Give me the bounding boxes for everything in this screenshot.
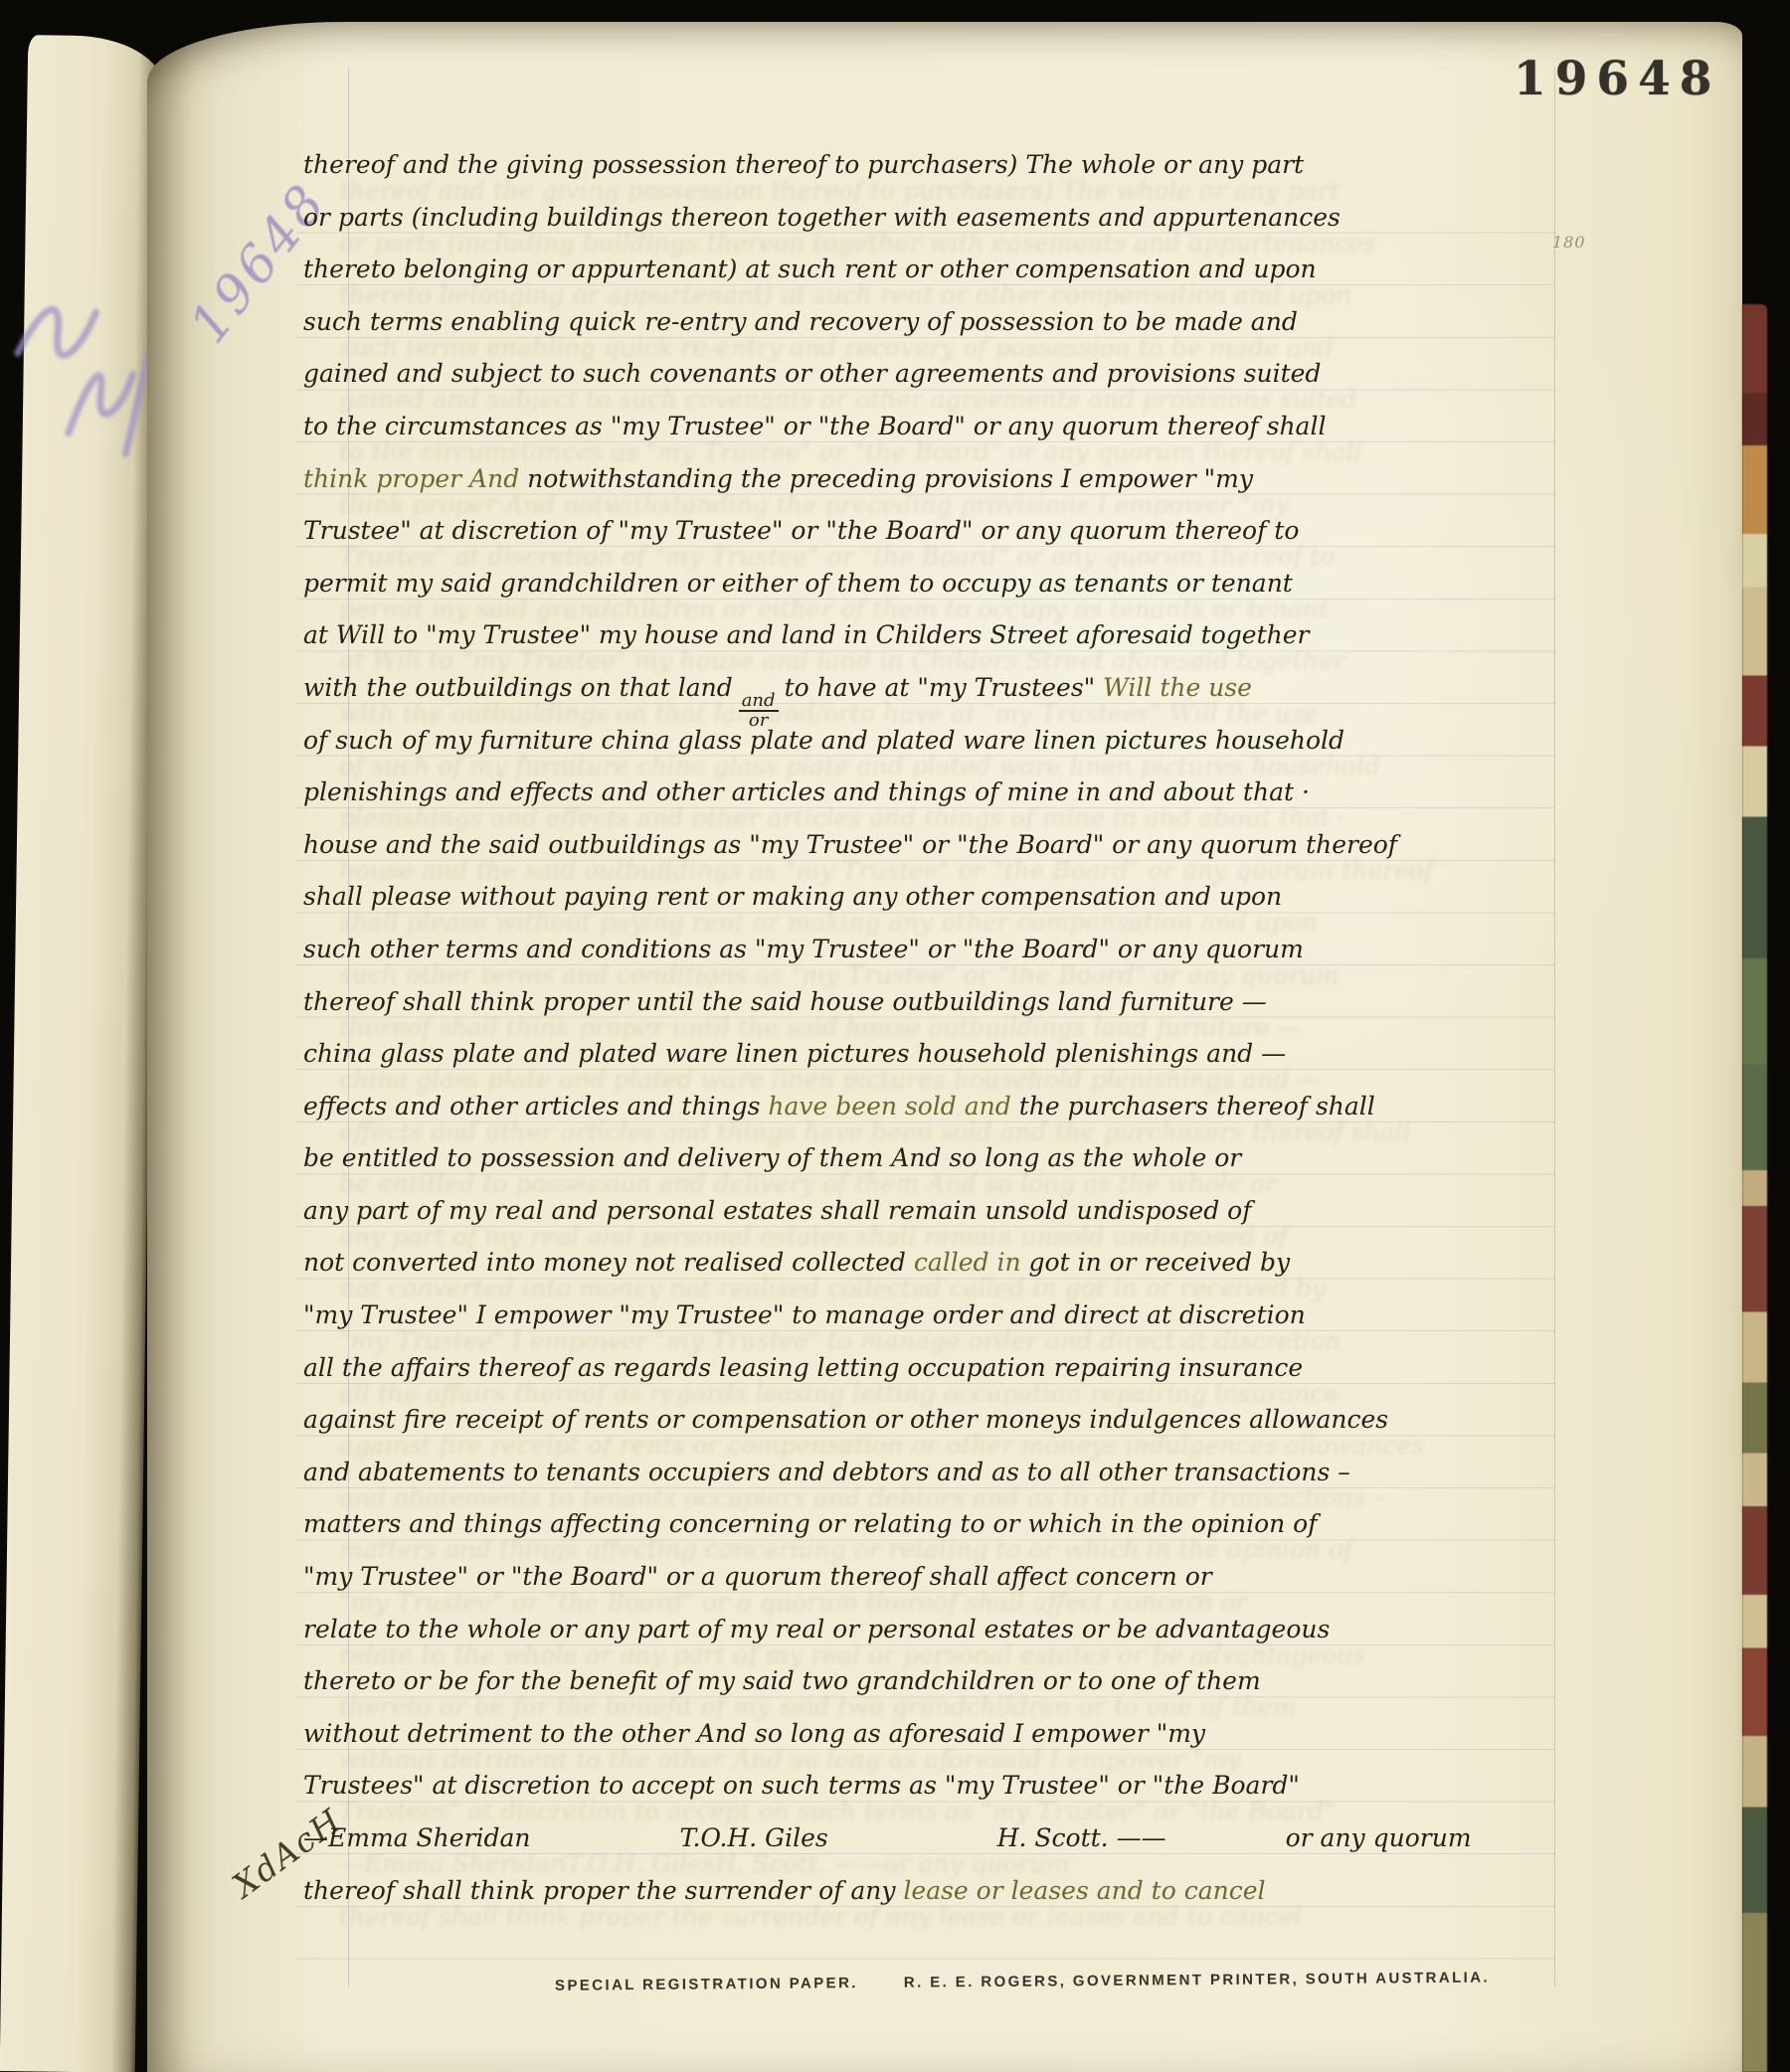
manuscript-line: and abatements to tenants occupiers and … xyxy=(303,1447,1581,1499)
manuscript-line: relate to the whole or any part of my re… xyxy=(303,1604,1581,1656)
manuscript-line: Trustee" at discretion of "my Trustee" o… xyxy=(303,505,1581,558)
handwritten-text-block: thereof and the giving possession thereo… xyxy=(303,139,1581,1917)
manuscript-line: any part of my real and personal estates… xyxy=(303,1185,1581,1238)
manuscript-line: such terms enabling quick re-entry and r… xyxy=(303,296,1581,349)
manuscript-line: effects and other articles and things ha… xyxy=(303,1081,1581,1133)
manuscript-line: Trustees" at discretion to accept on suc… xyxy=(303,1760,1581,1813)
manuscript-line: at Will to "my Trustee" my house and lan… xyxy=(303,609,1581,662)
government-printer-imprint: R. E. E. ROGERS, GOVERNMENT PRINTER, SOU… xyxy=(904,1970,1490,1991)
manuscript-line: be entitled to possession and delivery o… xyxy=(303,1132,1581,1185)
manuscript-line: permit my said grandchildren or either o… xyxy=(303,558,1581,610)
manuscript-line: think proper And notwithstanding the pre… xyxy=(303,453,1581,506)
printer-imprint: SPECIAL REGISTRATION PAPER. R. E. E. ROG… xyxy=(555,1968,1649,1994)
manuscript-line: with the outbuildings on that landandort… xyxy=(303,662,1581,715)
manuscript-line: such other terms and conditions as "my T… xyxy=(303,924,1581,976)
manuscript-line: all the affairs thereof as regards leasi… xyxy=(303,1342,1581,1395)
manuscript-line: china glass plate and plated ware linen … xyxy=(303,1028,1581,1081)
manuscript-line: thereto or be for the benefit of my said… xyxy=(303,1655,1581,1708)
manuscript-line: thereof shall think proper the surrender… xyxy=(303,1865,1581,1918)
manuscript-line: of such of my furniture china glass plat… xyxy=(303,715,1581,768)
manuscript-line: thereto belonging or appurtenant) at suc… xyxy=(303,244,1581,296)
book-fore-edge xyxy=(1742,304,1767,2072)
illegible-pencil-scribble xyxy=(8,204,161,504)
manuscript-line: without detriment to the other And so lo… xyxy=(303,1708,1581,1761)
manuscript-line: thereof shall think proper until the sai… xyxy=(303,976,1581,1029)
manuscript-line: not converted into money not realised co… xyxy=(303,1237,1581,1290)
previous-page-edge xyxy=(0,35,163,2072)
manuscript-page: 19648 180 19648 XdAcH thereof and the gi… xyxy=(147,22,1742,2072)
manuscript-line: thereof and the giving possession thereo… xyxy=(303,139,1581,192)
manuscript-line: "my Trustee" I empower "my Trustee" to m… xyxy=(303,1290,1581,1342)
manuscript-line: house and the said outbuildings as "my T… xyxy=(303,819,1581,872)
manuscript-line: to the circumstances as "my Trustee" or … xyxy=(303,401,1581,453)
manuscript-line: or parts (including buildings thereon to… xyxy=(303,192,1581,245)
manuscript-line: —Emma SheridanT.O.H. GilesH. Scott. ——or… xyxy=(303,1813,1581,1865)
manuscript-line: shall please without paying rent or maki… xyxy=(303,871,1581,924)
manuscript-line: "my Trustee" or "the Board" or a quorum … xyxy=(303,1551,1581,1604)
manuscript-line: against fire receipt of rents or compens… xyxy=(303,1394,1581,1447)
manuscript-line: plenishings and effects and other articl… xyxy=(303,767,1581,819)
manuscript-line: gained and subject to such covenants or … xyxy=(303,348,1581,401)
paper-type-imprint: SPECIAL REGISTRATION PAPER. xyxy=(555,1975,858,1994)
page-number-stamp: 19648 xyxy=(1514,52,1721,106)
manuscript-line: matters and things affecting concerning … xyxy=(303,1498,1581,1551)
